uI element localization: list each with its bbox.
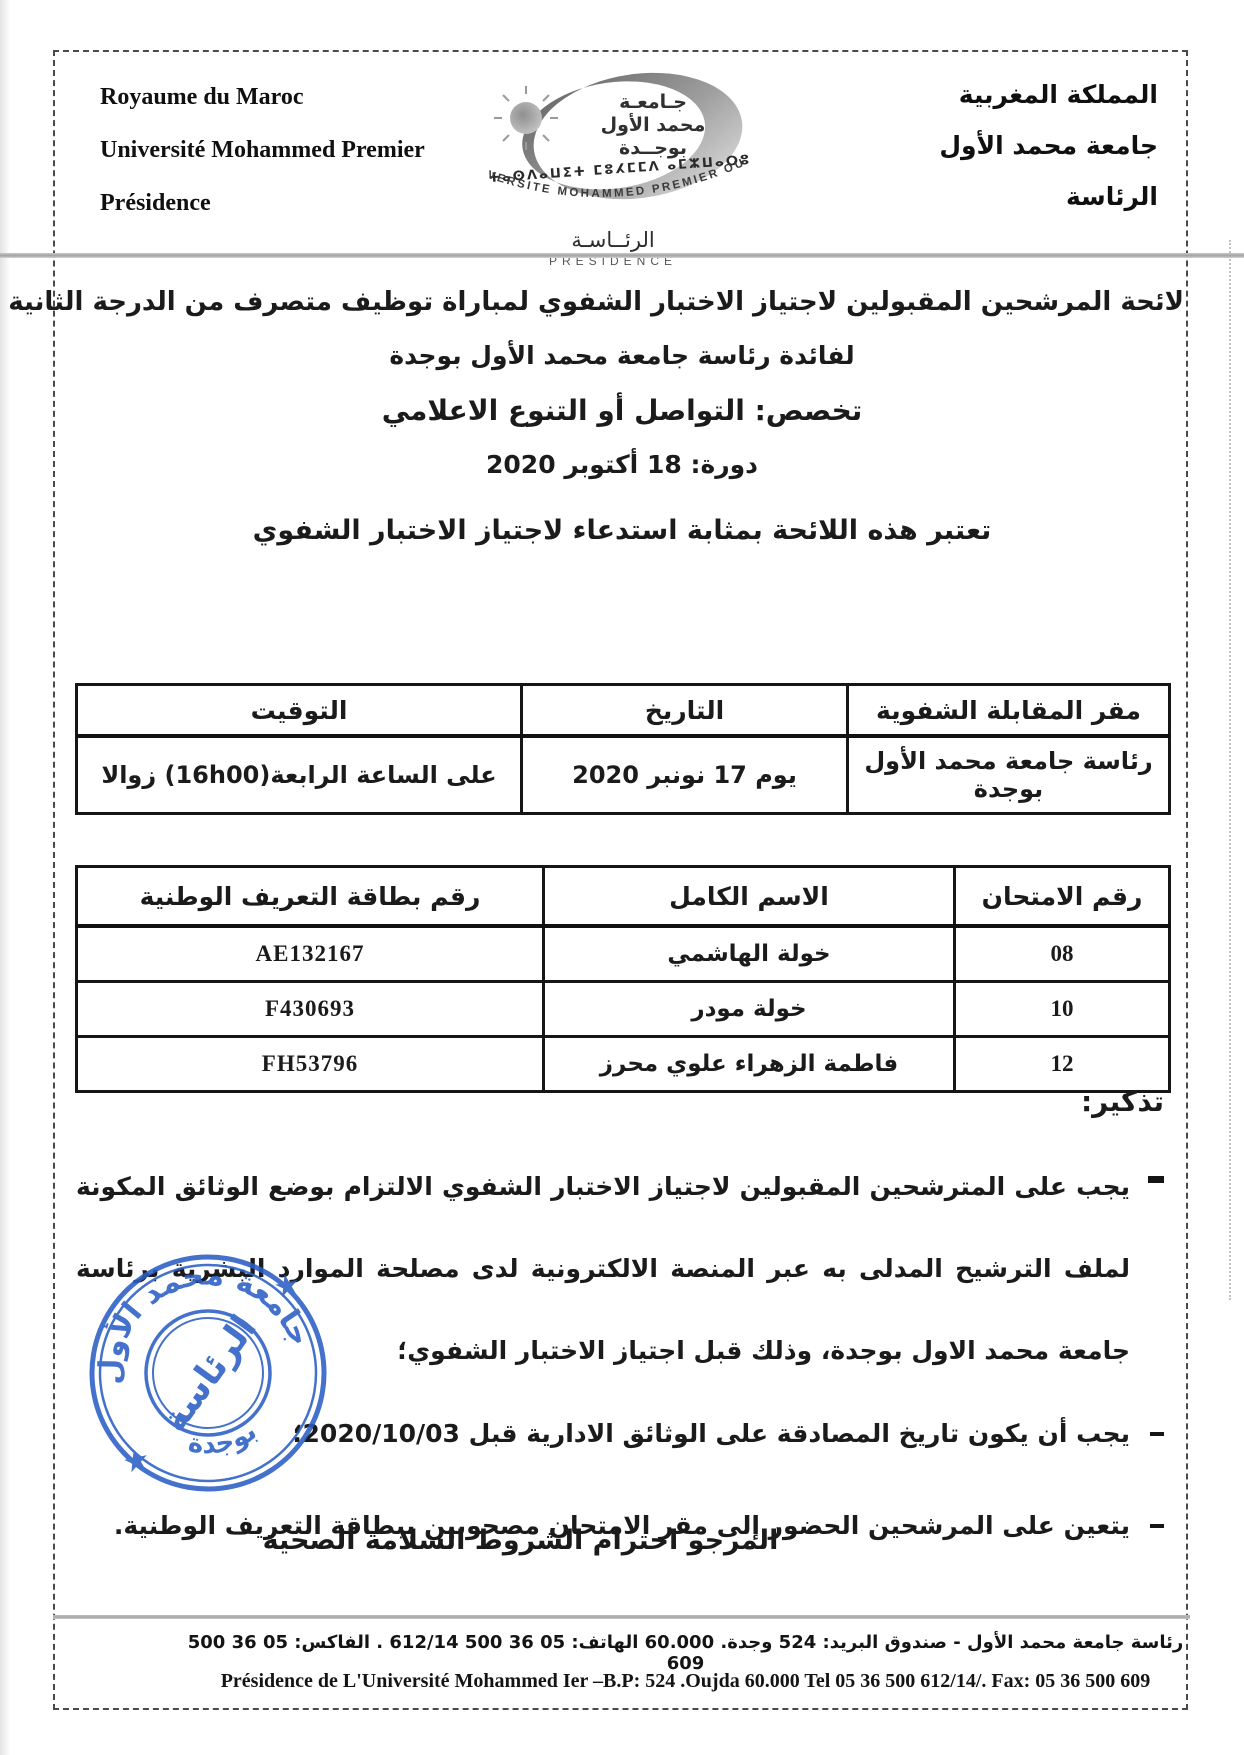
candidate-full-name: خولة مودر — [544, 982, 955, 1037]
document-title-block: لائحة المرشحين المقبولين لاجتياز الاختبا… — [60, 275, 1184, 491]
candidate-full-name: فاطمة الزهراء علوي محرز — [544, 1037, 955, 1092]
candidates-header-cin: رقم بطاقة التعريف الوطنية — [77, 867, 544, 927]
logo-arabic-line2: محمد الأول — [601, 113, 706, 136]
university-logo: جـامعـة محمد الأول بوجــدة ⵜⴰⵙⴷⴰⵡⵉⵜ ⵎⵓⵃⵎ… — [448, 66, 778, 268]
scan-dotted-edge — [1229, 240, 1231, 1300]
candidate-cin: FH53796 — [77, 1037, 544, 1092]
interview-info-table: مقر المقابلة الشفوية التاريخ التوقيت رئا… — [75, 683, 1171, 815]
reminder-item-documents-text: يجب على المترشحين المقبولين لاجتياز الاخ… — [76, 1172, 1130, 1365]
info-header-date: التاريخ — [522, 685, 848, 737]
header-presidence-fr: Présidence — [100, 190, 425, 217]
header-kingdom-ar: المملكة المغربية — [939, 80, 1158, 109]
reminder-item-deadline: يجب أن يكون تاريخ المصادقة على الوثائق ا… — [76, 1414, 1164, 1454]
info-header-venue: مقر المقابلة الشفوية — [848, 685, 1170, 737]
candidate-row: 12 فاطمة الزهراء علوي محرز FH53796 — [77, 1037, 1170, 1092]
candidates-table: رقم الامتحان الاسم الكامل رقم بطاقة التع… — [75, 865, 1171, 1093]
health-conditions-note: المرجو احترام الشروط السلامة الصحية — [53, 1525, 1188, 1556]
info-table-header-row: مقر المقابلة الشفوية التاريخ التوقيت — [77, 685, 1170, 737]
scan-edge-artifact — [0, 0, 10, 1755]
footer-contact-arabic: رئاسة جامعة محمد الأول - صندوق البريد: 5… — [53, 1632, 1188, 1674]
header-presidence-ar: الرئاسة — [939, 182, 1158, 211]
reminder-list: يجب على المترشحين المقبولين لاجتياز الاخ… — [76, 1146, 1164, 1546]
logo-presidency-arabic: الرئــاسـة — [448, 228, 778, 252]
university-logo-icon: جـامعـة محمد الأول بوجــدة ⵜⴰⵙⴷⴰⵡⵉⵜ ⵎⵓⵃⵎ… — [448, 66, 778, 226]
header-french-block: Royaume du Maroc Université Mohammed Pre… — [100, 84, 425, 243]
reminder-item-deadline-text: يجب أن يكون تاريخ المصادقة على الوثائق ا… — [293, 1419, 1130, 1448]
candidate-cin: F430693 — [77, 982, 544, 1037]
page-title-session: دورة: 18 أكتوبر 2020 — [60, 439, 1184, 491]
header-separator-line — [0, 253, 1244, 258]
bullet-dash-icon — [1150, 1432, 1164, 1436]
header-university-fr: Université Mohammed Premier — [100, 137, 425, 164]
logo-arabic-line3: بوجــدة — [619, 137, 687, 159]
candidate-row: 10 خولة مودر F430693 — [77, 982, 1170, 1037]
info-time-value: على الساعة الرابعة(16h00) زوالا — [77, 736, 522, 814]
header-university-ar: جامعة محمد الأول — [939, 131, 1158, 160]
candidates-header-row: رقم الامتحان الاسم الكامل رقم بطاقة التع… — [77, 867, 1170, 927]
candidate-row: 08 خولة الهاشمي AE132167 — [77, 926, 1170, 982]
candidate-exam-number: 08 — [955, 926, 1170, 982]
reminder-item-documents: يجب على المترشحين المقبولين لاجتياز الاخ… — [76, 1146, 1164, 1392]
page-title-line-2: لفائدة رئاسة جامعة محمد الأول بوجدة — [60, 329, 1184, 383]
candidate-exam-number: 12 — [955, 1037, 1170, 1092]
candidate-cin: AE132167 — [77, 926, 544, 982]
header-kingdom-fr: Royaume du Maroc — [100, 84, 425, 111]
page-title-line-1: لائحة المرشحين المقبولين لاجتياز الاختبا… — [60, 275, 1184, 329]
info-date-value: يوم 17 نونبر 2020 — [522, 736, 848, 814]
candidates-header-full-name: الاسم الكامل — [544, 867, 955, 927]
scanned-document-page: Royaume du Maroc Université Mohammed Pre… — [0, 0, 1244, 1755]
candidate-full-name: خولة الهاشمي — [544, 926, 955, 982]
convocation-note: تعتبر هذه اللائحة بمثابة استدعاء لاجتياز… — [60, 515, 1184, 546]
info-table-value-row: رئاسة جامعة محمد الأول بوجدة يوم 17 نونب… — [77, 736, 1170, 814]
footer-separator-line — [53, 1615, 1190, 1619]
info-header-time: التوقيت — [77, 685, 522, 737]
footer-contact-french: Présidence de L'Université Mohammed Ier … — [53, 1670, 1188, 1693]
candidate-exam-number: 10 — [955, 982, 1170, 1037]
reminder-heading: تذكير: — [1081, 1085, 1164, 1118]
info-venue-value: رئاسة جامعة محمد الأول بوجدة — [848, 736, 1170, 814]
page-title-specialty: تخصص: التواصل أو التنوع الاعلامي — [60, 383, 1184, 439]
bullet-dash-icon — [1148, 1176, 1164, 1183]
logo-arabic-line1: جـامعـة — [619, 91, 687, 113]
header-arabic-block: المملكة المغربية جامعة محمد الأول الرئاس… — [939, 80, 1158, 233]
candidates-header-exam-number: رقم الامتحان — [955, 867, 1170, 927]
